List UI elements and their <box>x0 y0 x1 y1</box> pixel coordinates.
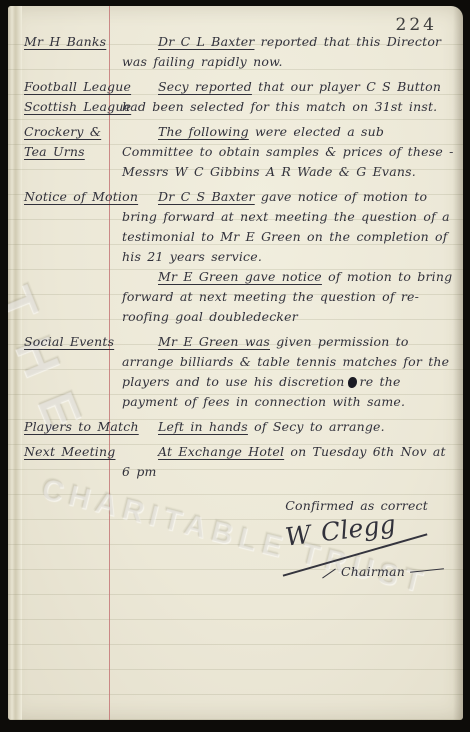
minute-paragraph: Left in hands of Secy to arrange. <box>122 417 458 437</box>
heading-line: Mr H Banks <box>24 32 110 52</box>
entry-heading: Next Meeting <box>24 442 110 482</box>
heading-line: Notice of Motion <box>24 187 110 207</box>
entry-heading: Players to Match <box>24 417 110 437</box>
confirmation-block: Confirmed as correct W Clegg Chairman <box>24 496 458 616</box>
entry-heading: Crockery & Tea Urns <box>24 122 110 182</box>
minute-entry-social-events: Social Events Mr E Green was given permi… <box>24 332 458 412</box>
minute-paragraph: Mr E Green gave notice of motion to brin… <box>122 267 458 327</box>
underlined-phrase: Dr C L Baxter <box>158 34 254 49</box>
entry-heading: Football League Scottish League <box>24 77 110 117</box>
heading-line: Tea Urns <box>24 142 110 162</box>
chairman-title: Chairman <box>321 562 444 582</box>
entry-body: Secy reported that our player C S Button… <box>110 77 458 117</box>
entry-body: Left in hands of Secy to arrange. <box>110 417 458 437</box>
minute-paragraph: Dr C L Baxter reported that this Directo… <box>122 32 458 72</box>
page-right-shadow <box>453 6 463 720</box>
chairman-signature: W Clegg <box>284 511 397 550</box>
minute-paragraph: Secy reported that our player C S Button… <box>122 77 458 117</box>
underlined-phrase: The following <box>158 124 249 139</box>
paragraph-text: of Secy to arrange. <box>254 419 385 434</box>
entry-body: Dr C S Baxter gave notice of motion to b… <box>110 187 458 327</box>
heading-line: Social Events <box>24 332 110 352</box>
minute-entry-next-meeting: Next Meeting At Exchange Hotel on Tuesda… <box>24 442 458 482</box>
minute-entry-crockery-tea-urns: Crockery & Tea Urns The following were e… <box>24 122 458 182</box>
minute-entry-notice-of-motion: Notice of Motion Dr C S Baxter gave noti… <box>24 187 458 327</box>
heading-line: Crockery & <box>24 122 110 142</box>
minute-entry-players-to-match: Players to Match Left in hands of Secy t… <box>24 417 458 437</box>
heading-line: Players to Match <box>24 417 110 437</box>
heading-line: Next Meeting <box>24 442 110 462</box>
underlined-phrase: Mr E Green was <box>158 334 270 349</box>
ink-blot <box>348 377 357 388</box>
entry-body: Dr C L Baxter reported that this Directo… <box>110 32 458 72</box>
entry-body: At Exchange Hotel on Tuesday 6th Nov at … <box>110 442 458 482</box>
minute-entry-football-league: Football League Scottish League Secy rep… <box>24 77 458 117</box>
minute-paragraph: Dr C S Baxter gave notice of motion to b… <box>122 187 458 267</box>
underlined-phrase: Dr C S Baxter <box>158 189 255 204</box>
underlined-phrase: At Exchange Hotel <box>158 444 284 459</box>
entry-heading: Notice of Motion <box>24 187 110 327</box>
underlined-phrase: Left in hands <box>158 419 248 434</box>
minute-paragraph: Mr E Green was given permission to arran… <box>122 332 458 412</box>
minute-entry-mr-h-banks: Mr H Banks Dr C L Baxter reported that t… <box>24 32 458 72</box>
entry-heading: Mr H Banks <box>24 32 110 72</box>
heading-line: Scottish League <box>24 97 110 117</box>
heading-line: Football League <box>24 77 110 97</box>
entry-body: The following were elected a sub Committ… <box>110 122 458 182</box>
entry-heading: Social Events <box>24 332 110 412</box>
handwritten-minutes: Mr H Banks Dr C L Baxter reported that t… <box>24 32 458 616</box>
underlined-phrase: Secy reported <box>158 79 252 94</box>
minute-paragraph: The following were elected a sub Committ… <box>122 122 458 182</box>
entry-body: Mr E Green was given permission to arran… <box>110 332 458 412</box>
minute-paragraph: At Exchange Hotel on Tuesday 6th Nov at … <box>122 442 458 482</box>
minute-book-page: THE CHARITABLE TRUST 224 Mr H Banks Dr C… <box>8 6 463 720</box>
underlined-phrase: Mr E Green gave notice <box>158 269 322 284</box>
